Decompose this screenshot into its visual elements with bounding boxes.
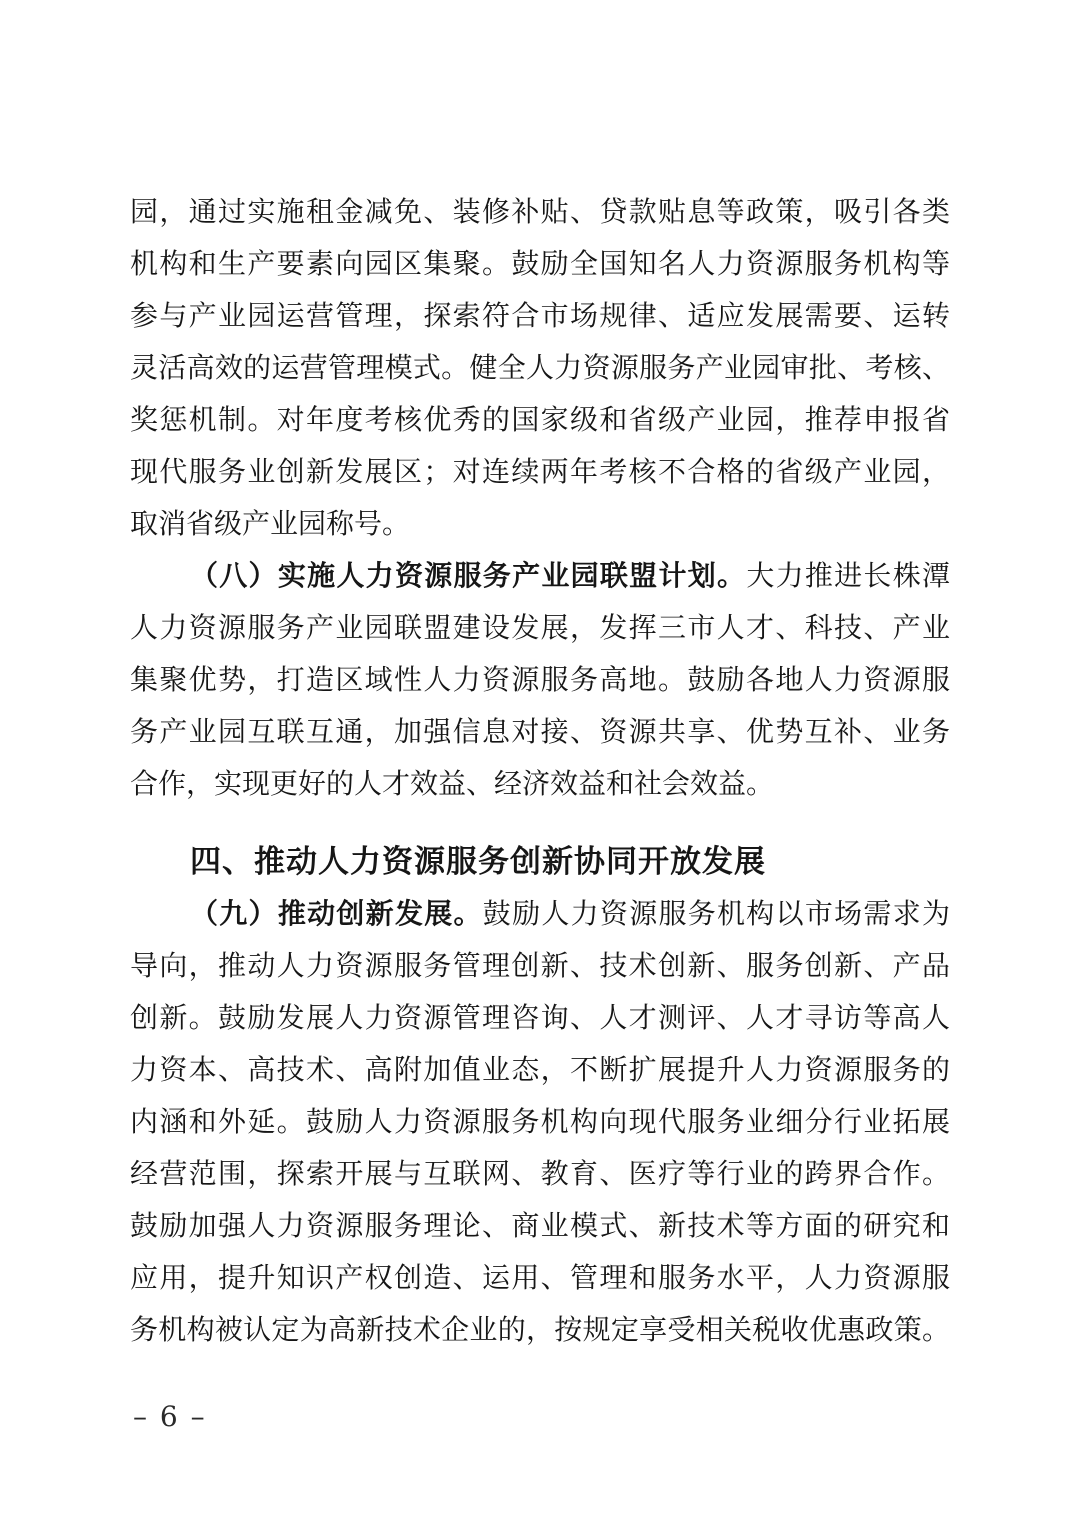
page-number: – 6 –: [133, 1400, 207, 1434]
body-text: 园，通过实施租金减免、装修补贴、贷款贴息等政策，吸引各类: [130, 195, 950, 228]
body-text: 务机构被认定为高新技术企业的，按规定享受相关税收优惠政策。: [130, 1313, 950, 1346]
body-text: 人力资源服务产业园联盟建设发展，发挥三市人才、科技、产业: [130, 611, 950, 644]
text-line: 取消省级产业园称号。: [130, 498, 950, 550]
body-text: 集聚优势，打造区域性人力资源服务高地。鼓励各地人力资源服: [130, 663, 950, 696]
text-line: 内涵和外延。鼓励人力资源服务机构向现代服务业细分行业拓展: [130, 1096, 950, 1148]
text-line: 参与产业园运营管理，探索符合市场规律、适应发展需要、运转: [130, 290, 950, 342]
body-text: 奖惩机制。对年度考核优秀的国家级和省级产业园，推荐申报省: [130, 403, 950, 436]
text-line: 经营范围，探索开展与互联网、教育、医疗等行业的跨界合作。: [130, 1148, 950, 1200]
text-line: 应用，提升知识产权创造、运用、管理和服务水平，人力资源服: [130, 1252, 950, 1304]
bold-lead-text: （九）推动创新发展。: [190, 897, 483, 930]
bold-lead-text: （八）实施人力资源服务产业园联盟计划。: [190, 559, 746, 592]
bold-lead-text: 四、推动人力资源服务创新协同开放发展: [190, 844, 766, 880]
body-text: 灵活高效的运营管理模式。健全人力资源服务产业园审批、考核、: [130, 351, 950, 384]
body-text: 力资本、高技术、高附加值业态，不断扩展提升人力资源服务的: [130, 1053, 950, 1086]
text-line: （八）实施人力资源服务产业园联盟计划。大力推进长株潭: [130, 550, 950, 602]
body-text: 鼓励加强人力资源服务理论、商业模式、新技术等方面的研究和: [130, 1209, 950, 1242]
text-line: 合作，实现更好的人才效益、经济效益和社会效益。: [130, 758, 950, 810]
body-text: 内涵和外延。鼓励人力资源服务机构向现代服务业细分行业拓展: [130, 1105, 950, 1138]
document-body: 园，通过实施租金减免、装修补贴、贷款贴息等政策，吸引各类机构和生产要素向园区集聚…: [130, 186, 950, 1356]
body-text: 务产业园互联互通，加强信息对接、资源共享、优势互补、业务: [130, 715, 950, 748]
text-line: 机构和生产要素向园区集聚。鼓励全国知名人力资源服务机构等: [130, 238, 950, 290]
text-line: 人力资源服务产业园联盟建设发展，发挥三市人才、科技、产业: [130, 602, 950, 654]
body-text: 参与产业园运营管理，探索符合市场规律、适应发展需要、运转: [130, 299, 950, 332]
text-line: 集聚优势，打造区域性人力资源服务高地。鼓励各地人力资源服: [130, 654, 950, 706]
text-line: 创新。鼓励发展人力资源管理咨询、人才测评、人才寻访等高人: [130, 992, 950, 1044]
body-text: 经营范围，探索开展与互联网、教育、医疗等行业的跨界合作。: [130, 1157, 950, 1190]
body-text: 导向，推动人力资源服务管理创新、技术创新、服务创新、产品: [130, 949, 950, 982]
body-text: 机构和生产要素向园区集聚。鼓励全国知名人力资源服务机构等: [130, 247, 950, 280]
document-page: 园，通过实施租金减免、装修补贴、贷款贴息等政策，吸引各类机构和生产要素向园区集聚…: [0, 0, 1080, 1527]
text-line: 奖惩机制。对年度考核优秀的国家级和省级产业园，推荐申报省: [130, 394, 950, 446]
text-line: 灵活高效的运营管理模式。健全人力资源服务产业园审批、考核、: [130, 342, 950, 394]
section-heading: 四、推动人力资源服务创新协同开放发展: [130, 836, 950, 888]
body-text: 创新。鼓励发展人力资源管理咨询、人才测评、人才寻访等高人: [130, 1001, 950, 1034]
body-text: 合作，实现更好的人才效益、经济效益和社会效益。: [130, 767, 774, 800]
body-text: 应用，提升知识产权创造、运用、管理和服务水平，人力资源服: [130, 1261, 950, 1294]
body-text: 现代服务业创新发展区；对连续两年考核不合格的省级产业园，: [130, 455, 950, 488]
body-text: 鼓励人力资源服务机构以市场需求为: [483, 897, 950, 930]
text-line: 力资本、高技术、高附加值业态，不断扩展提升人力资源服务的: [130, 1044, 950, 1096]
text-line: 务产业园互联互通，加强信息对接、资源共享、优势互补、业务: [130, 706, 950, 758]
text-line: 鼓励加强人力资源服务理论、商业模式、新技术等方面的研究和: [130, 1200, 950, 1252]
text-line: 现代服务业创新发展区；对连续两年考核不合格的省级产业园，: [130, 446, 950, 498]
body-text: 大力推进长株潭: [746, 559, 950, 592]
body-text: 取消省级产业园称号。: [130, 507, 410, 540]
text-line: 园，通过实施租金减免、装修补贴、贷款贴息等政策，吸引各类: [130, 186, 950, 238]
text-line: （九）推动创新发展。鼓励人力资源服务机构以市场需求为: [130, 888, 950, 940]
text-line: 导向，推动人力资源服务管理创新、技术创新、服务创新、产品: [130, 940, 950, 992]
text-line: 务机构被认定为高新技术企业的，按规定享受相关税收优惠政策。: [130, 1304, 950, 1356]
